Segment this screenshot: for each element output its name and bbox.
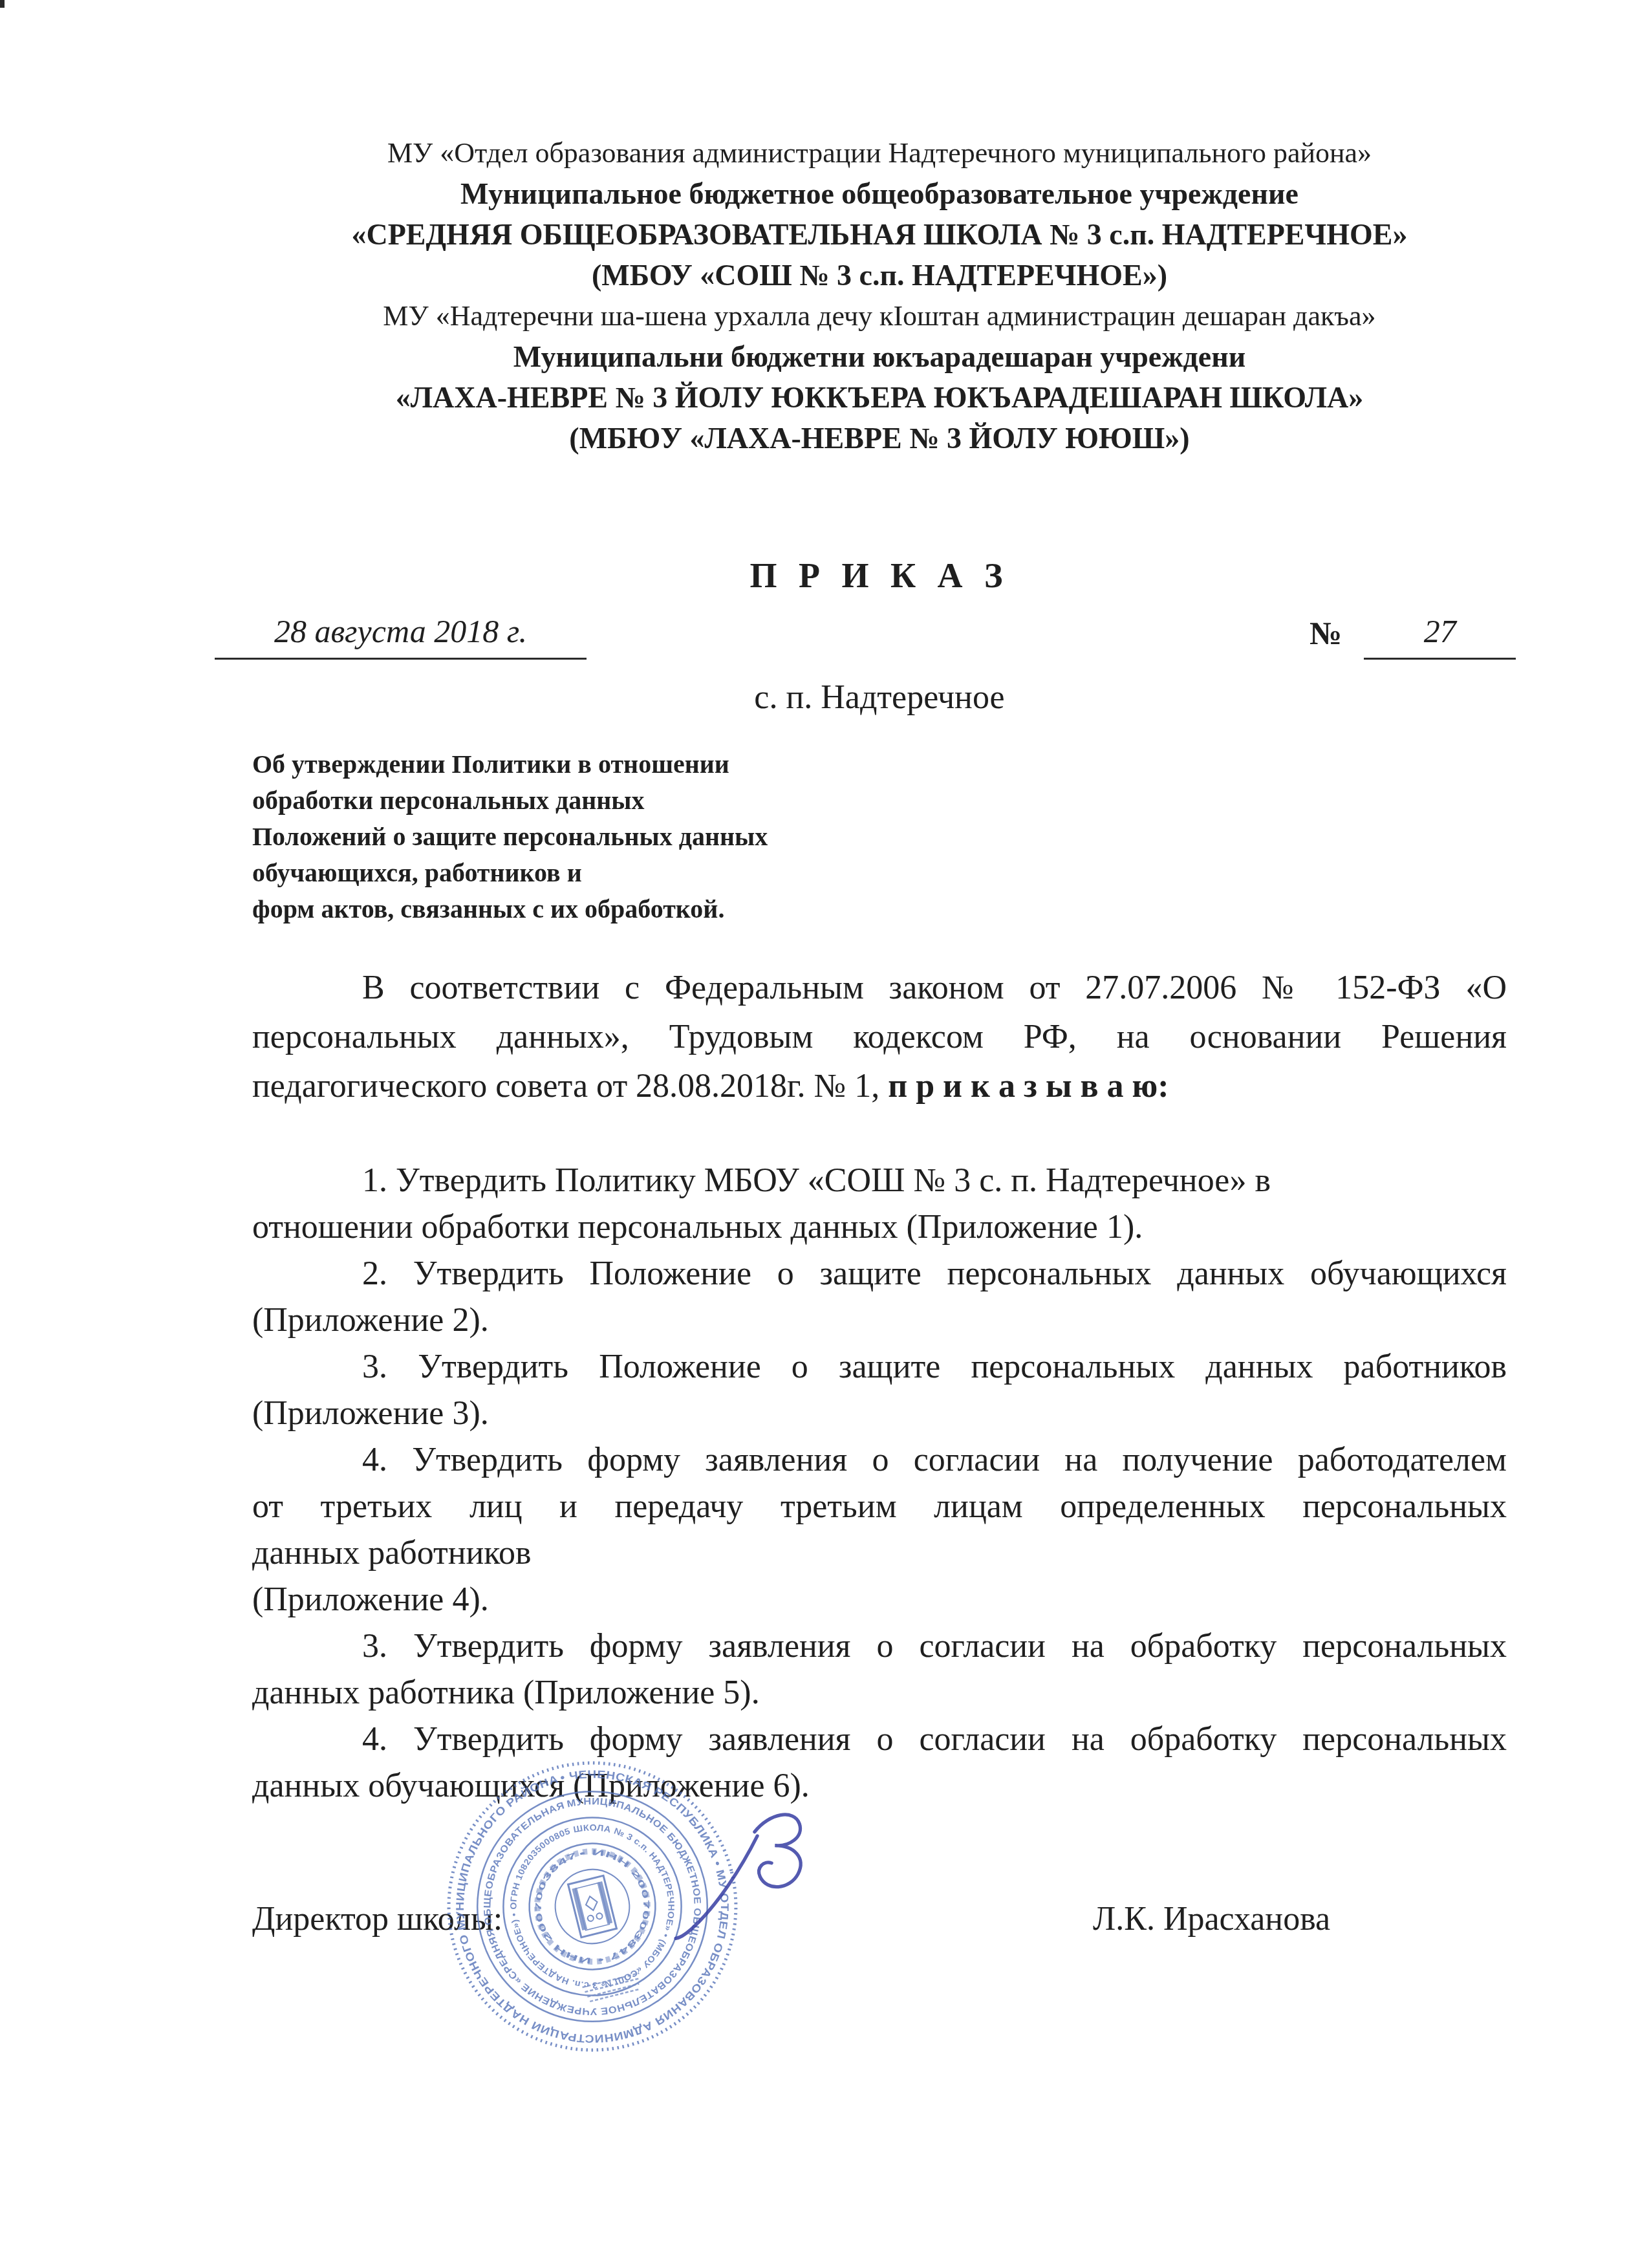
item-line: 3. Утвердить форму заявления о согласии … [252,1623,1507,1670]
order-date: 28 августа 2018 г. [215,612,587,660]
org-line-che-type: Муниципальни бюджетни юкъарадешаран учре… [252,336,1507,377]
stamp-chain-ornament [526,1840,660,1974]
org-line-ru-type: Муниципальное бюджетное общеобразователь… [252,173,1507,214]
order-items: 1. Утвердить Политику МБОУ «СОШ № 3 с. п… [252,1158,1507,1809]
order-preamble: В соответствии с Федеральным законом от … [252,964,1507,1111]
scan-artifact [0,0,5,8]
item-line: 4. Утвердить форму заявления о согласии … [252,1437,1507,1484]
order-subject: Об утверждении Политики в отношении обра… [252,746,1507,927]
subject-line: форм актов, связанных с их обработкой. [252,891,1507,927]
subject-line: Положений о защите персональных данных [252,819,1507,855]
preamble-line: В соответствии с Федеральным законом от … [252,964,1507,1013]
preamble-line: персональных данных», Трудовым кодексом … [252,1013,1507,1062]
item-line: отношении обработки персональных данных … [252,1204,1507,1251]
order-title: П Р И К А З [252,556,1507,596]
item-line: (Приложение 3). [252,1390,1507,1437]
org-line-che-district: МУ «Надтеречни ша-шена урхалла дечу кIош… [252,296,1507,336]
document-content: МУ «Отдел образования администрации Надт… [252,0,1507,1947]
org-line-ru-school: «СРЕДНЯЯ ОБЩЕОБРАЗОВАТЕЛЬНАЯ ШКОЛА № 3 с… [252,214,1507,255]
org-line-che-abbrev: (МБЮУ «ЛАХА-НЕВРЕ № 3 ЙОЛУ ЮЮШ») [252,418,1507,459]
svg-text:• ИНН 2007003847 • ИНН 2007003: • ИНН 2007003847 • ИНН 2007003847 [521,1835,663,1977]
stamp-circle [548,1862,638,1952]
order-place: с. п. Надтеречное [252,678,1507,717]
org-line-che-school: «ЛАХА-НЕВРЕ № 3 ЙОЛУ ЮККЪЕРА ЮКЪАРАДЕШАР… [252,377,1507,418]
subject-line: обучающихся, работников и [252,855,1507,891]
org-line-ru-district: МУ «Отдел образования администрации Надт… [252,133,1507,173]
number-sign: № [1309,614,1342,660]
order-number: 27 [1364,612,1516,660]
subject-line: обработки персональных данных [252,783,1507,819]
letterhead: МУ «Отдел образования администрации Надт… [252,0,1507,459]
item-line: от третьих лиц и передачу третьим лицам … [252,1484,1507,1530]
scanned-order-document: МУ «Отдел образования администрации Надт… [0,0,1649,2268]
subject-line: Об утверждении Политики в отношении [252,746,1507,783]
preamble-tail: педагогического совета от 28.08.2018г. №… [252,1068,888,1105]
stamp-ring-core-text: • ИНН 2007003847 • ИНН 2007003847 [521,1835,663,1977]
org-line-ru-abbrev: (МБОУ «СОШ № 3 с.п. НАДТЕРЕЧНОЕ») [252,255,1507,296]
item-line: 2. Утвердить Положение о защите персонал… [252,1251,1507,1297]
order-verb: п р и к а з ы в а ю: [888,1068,1169,1105]
signature-ink [661,1803,824,1953]
date-number-row: 28 августа 2018 г. № 27 [252,612,1507,672]
order-number-group: № 27 [1309,612,1516,660]
item-line: 3. Утвердить Положение о защите персонал… [252,1344,1507,1390]
signer-name: Л.К. Ирасханова [1093,1900,1330,1938]
item-line: данных работника (Приложение 5). [252,1670,1507,1716]
item-line: (Приложение 2). [252,1297,1507,1344]
item-line: данных работников [252,1530,1507,1577]
item-line: 1. Утвердить Политику МБОУ «СОШ № 3 с. п… [252,1158,1507,1204]
item-line: (Приложение 4). [252,1577,1507,1623]
preamble-line: педагогического совета от 28.08.2018г. №… [252,1062,1507,1111]
